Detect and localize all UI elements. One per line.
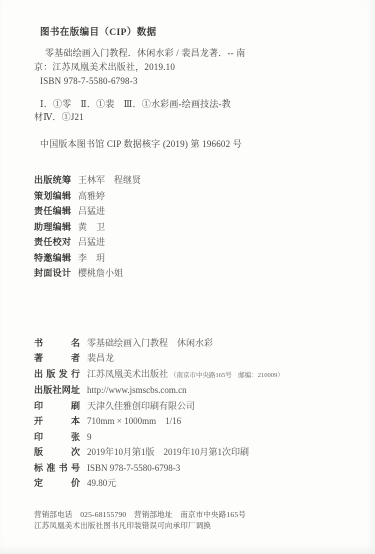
credit-label: 责任校对 [34, 235, 71, 251]
cip-classification: Ⅰ．①零 Ⅱ．①裴 Ⅲ．①水彩画-绘画技法-教 材Ⅳ．①J21 [34, 98, 349, 124]
footer-block: 营销部电话 025-68155790 营销部地址 南京市中央路165号 江苏凤凰… [34, 509, 349, 532]
cip-record-line: 零基础绘画入门教程．休闲水彩 / 裴昌龙著．-- 南 [34, 46, 349, 60]
publication-label: 印刷 [34, 399, 80, 415]
publication-label: 印张 [34, 430, 80, 446]
credit-row: 责任校对吕猛进 [34, 235, 349, 251]
publication-row: 书名零基础绘画入门教程 休闲水彩 [34, 336, 349, 352]
cip-heading: 图书在版编目（CIP）数据 [40, 24, 349, 38]
credit-label: 责任编辑 [34, 204, 71, 220]
isbn-number: ISBN 978-7-5580-6798-3 [87, 463, 180, 473]
credit-value: 黄 卫 [78, 222, 105, 232]
publication-label: 标准书号 [34, 461, 80, 477]
cip-block: 图书在版编目（CIP）数据 零基础绘画入门教程．休闲水彩 / 裴昌龙著．-- 南… [34, 24, 349, 150]
publication-block: 书名零基础绘画入门教程 休闲水彩 著者裴昌龙 出版发行江苏凤凰美术出版社（南京市… [34, 336, 349, 492]
credit-label: 出版统筹 [34, 173, 71, 189]
publication-label: 著者 [34, 351, 80, 367]
format-size: 710mm × 1000mm 1/16 [87, 416, 181, 426]
publication-label: 出版社网址 [34, 383, 80, 399]
publication-label: 版次 [34, 445, 80, 461]
cip-classification-line: Ⅰ．①零 Ⅱ．①裴 Ⅲ．①水彩画-绘画技法-教 [34, 98, 349, 111]
credit-row: 出版统筹王林军 程继贤 [34, 173, 349, 189]
publication-label: 出版发行 [34, 367, 80, 383]
credit-label: 封面设计 [34, 266, 71, 282]
cip-record: 零基础绘画入门教程．休闲水彩 / 裴昌龙著．-- 南 京：江苏凤凰美术出版社，2… [34, 46, 349, 88]
publication-row: 定价49.80元 [34, 476, 349, 492]
credit-row: 助理编辑黄 卫 [34, 220, 349, 236]
publisher-website-url: http://www.jsmscbs.com.cn [87, 385, 187, 395]
credit-value: 王林军 程继贤 [78, 175, 141, 185]
publication-row: 出版社网址http://www.jsmscbs.com.cn [34, 383, 349, 399]
publication-label: 开本 [34, 414, 80, 430]
publication-row: 标准书号ISBN 978-7-5580-6798-3 [34, 461, 349, 477]
credit-label: 助理编辑 [34, 220, 71, 236]
price: 49.80元 [87, 478, 116, 488]
credit-value: 李 玥 [78, 253, 105, 263]
edition-info: 2019年10月第1版 2019年10月第1次印刷 [87, 447, 249, 457]
author-name: 裴昌龙 [87, 353, 114, 363]
credit-row: 封面设计樱桃詹小姐 [34, 266, 349, 282]
publication-label: 定价 [34, 476, 80, 492]
credit-label: 策划编辑 [34, 189, 71, 205]
cip-classification-line: 材Ⅳ．①J21 [34, 111, 349, 124]
misprint-exchange-line: 江苏凤凰美术出版社图书凡印装错误可向承印厂调换 [34, 520, 349, 532]
credit-value: 高雅婷 [78, 191, 105, 201]
credit-row: 特邀编辑李 玥 [34, 251, 349, 267]
book-copyright-page: 图书在版编目（CIP）数据 零基础绘画入门教程．休闲水彩 / 裴昌龙著．-- 南… [0, 0, 375, 554]
credit-value: 吕猛进 [78, 206, 105, 216]
publication-row: 出版发行江苏凤凰美术出版社（南京市中央路165号 邮编：210009） [34, 367, 349, 384]
publication-row: 著者裴昌龙 [34, 351, 349, 367]
credit-value: 吕猛进 [78, 237, 105, 247]
cip-isbn-line: ISBN 978-7-5580-6798-3 [34, 74, 349, 88]
publisher-name: 江苏凤凰美术出版社 [87, 369, 168, 379]
credit-row: 策划编辑高雅婷 [34, 189, 349, 205]
credit-value: 樱桃詹小姐 [78, 268, 123, 278]
sheet-count: 9 [87, 432, 92, 442]
cip-registry-line: 中国版本图书馆 CIP 数据核字 (2019) 第 196602 号 [34, 137, 349, 150]
publication-row: 印刷天津久佳雅创印刷有限公司 [34, 399, 349, 415]
book-title: 零基础绘画入门教程 休闲水彩 [87, 338, 213, 348]
publisher-address-note: （南京市中央路165号 邮编：210009） [170, 372, 284, 379]
cip-record-line: 京：江苏凤凰美术出版社，2019.10 [34, 60, 349, 74]
credit-label: 特邀编辑 [34, 251, 71, 267]
publication-row: 开本710mm × 1000mm 1/16 [34, 414, 349, 430]
publication-row: 版次2019年10月第1版 2019年10月第1次印刷 [34, 445, 349, 461]
credits-block: 出版统筹王林军 程继贤 策划编辑高雅婷 责任编辑吕猛进 助理编辑黄 卫 责任校对… [34, 173, 349, 282]
printer-name: 天津久佳雅创印刷有限公司 [87, 401, 195, 411]
publication-label: 书名 [34, 336, 80, 352]
publication-row: 印张9 [34, 430, 349, 446]
marketing-contact-line: 营销部电话 025-68155790 营销部地址 南京市中央路165号 [34, 509, 349, 521]
credit-row: 责任编辑吕猛进 [34, 204, 349, 220]
